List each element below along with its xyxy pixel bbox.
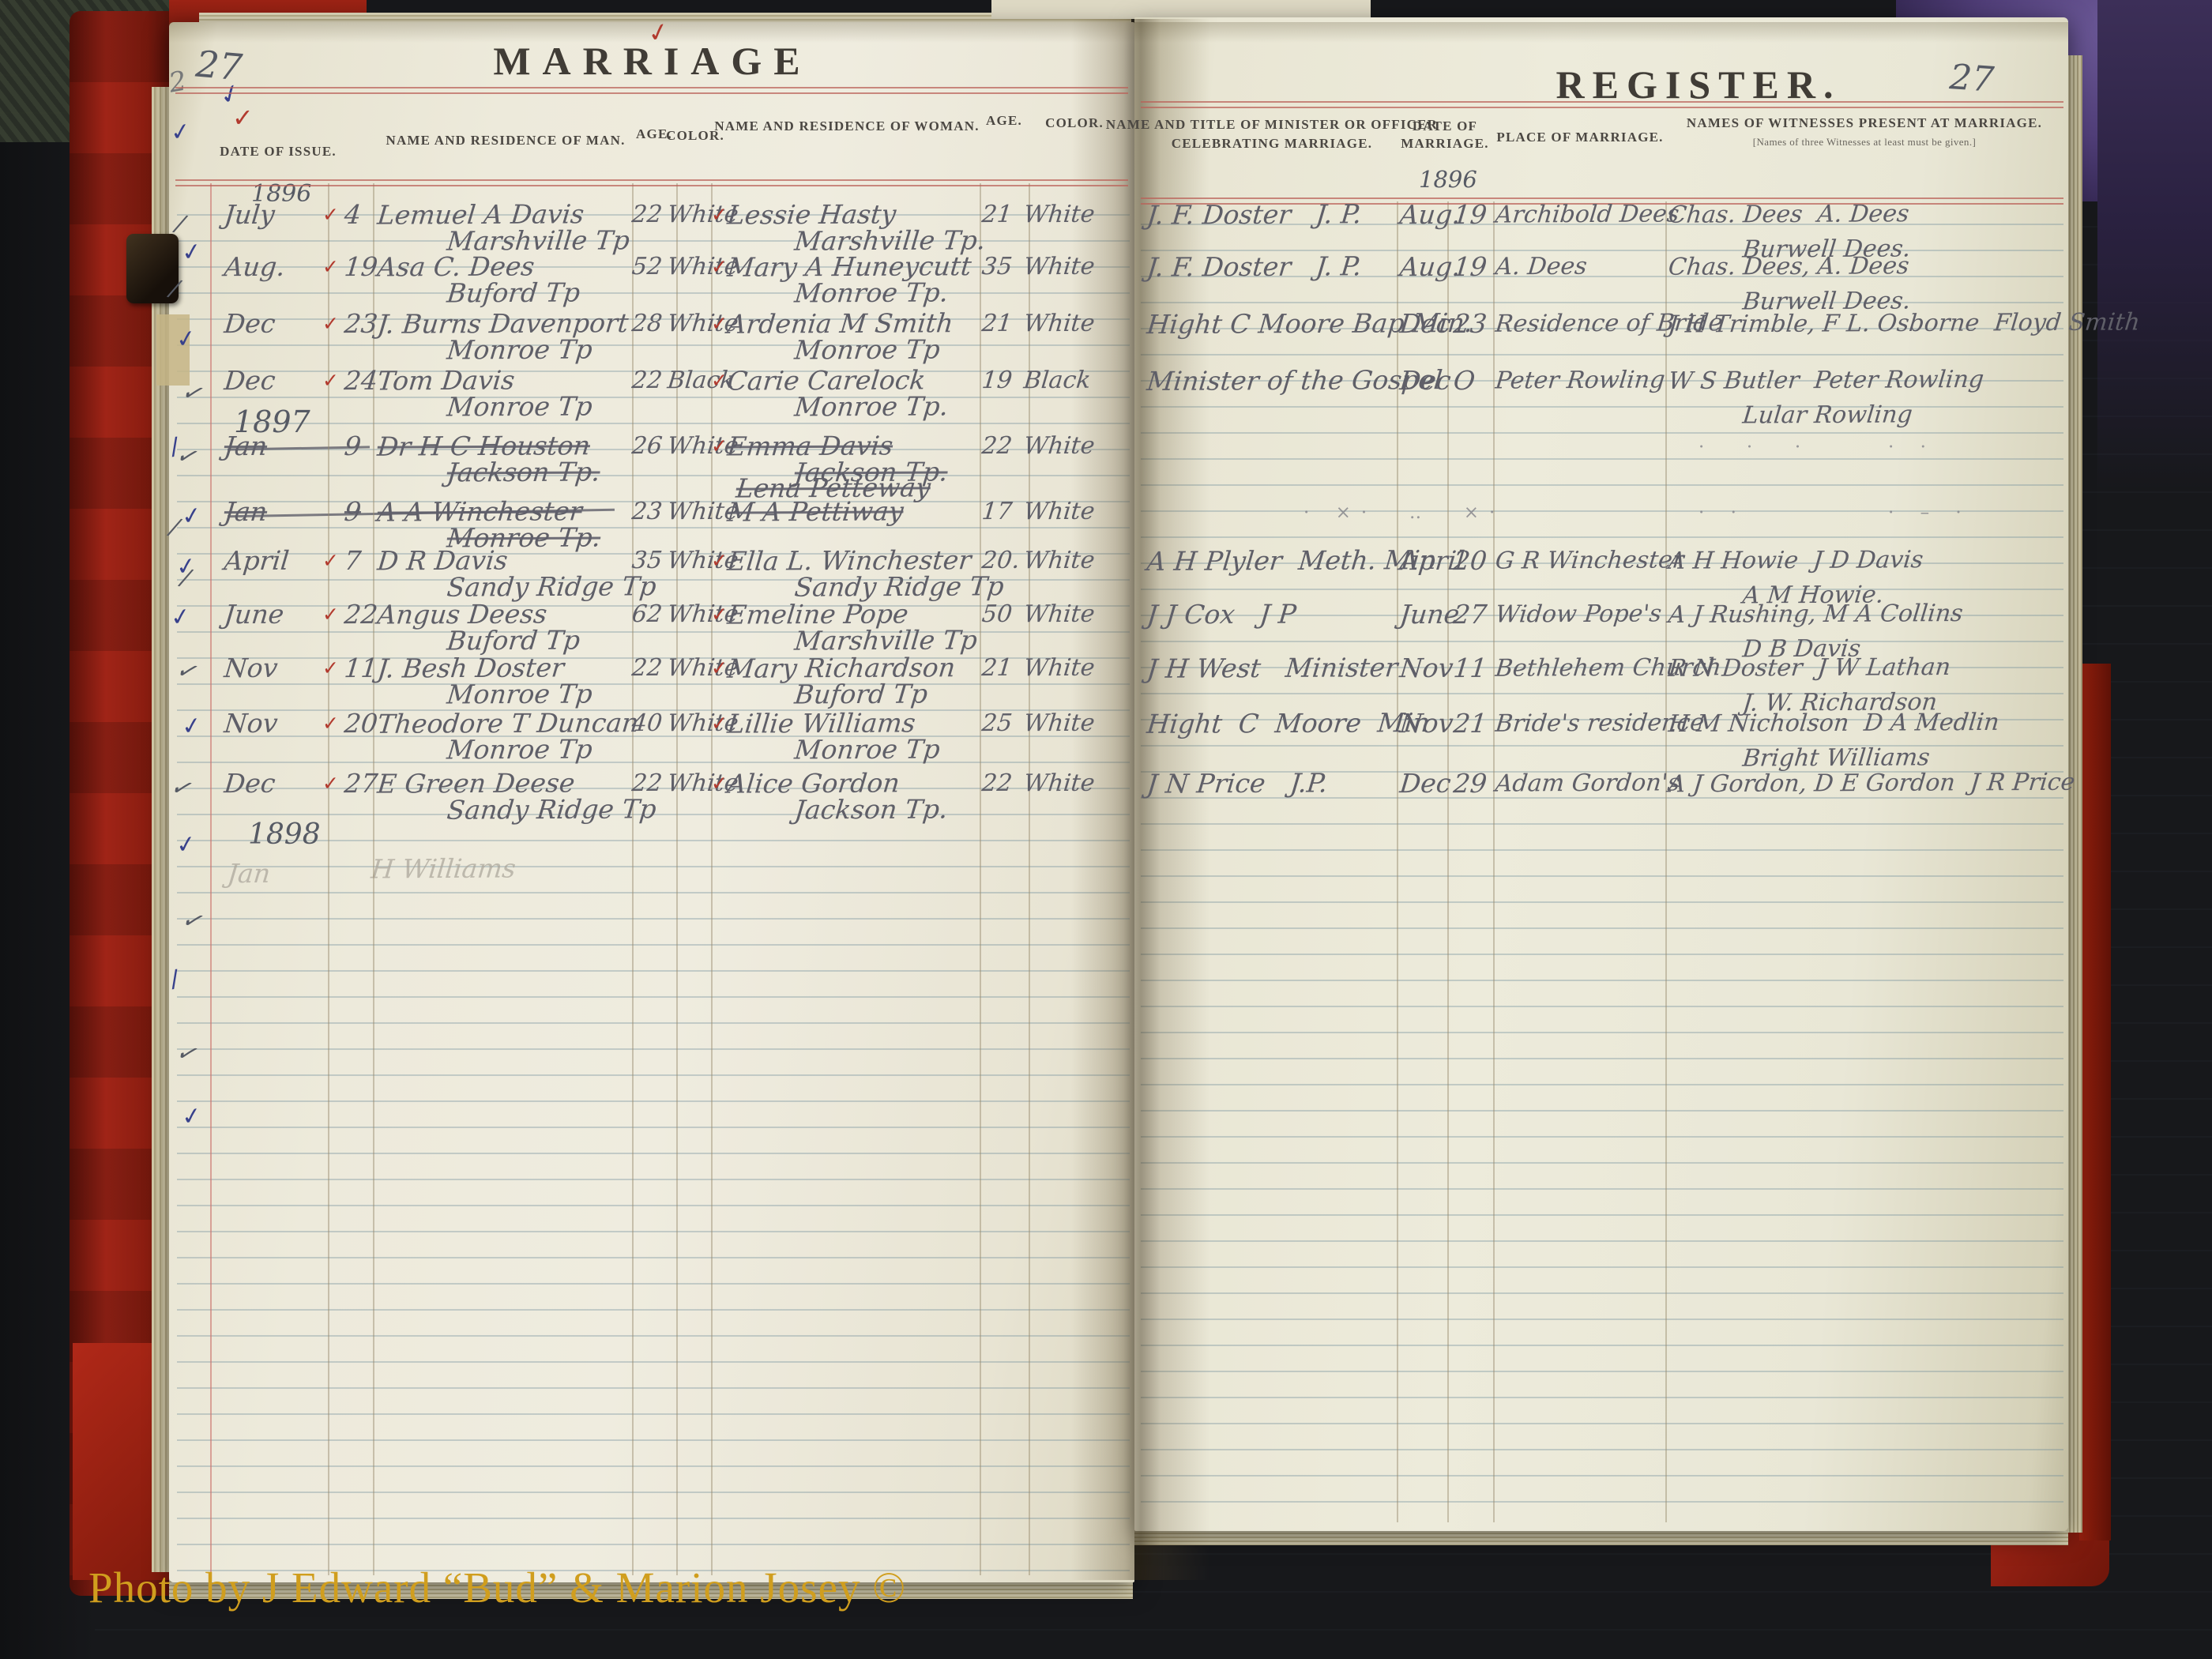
- header-place: PLACE OF MARRIAGE.: [1496, 130, 1663, 145]
- row-1-place: Archibold Dees: [1494, 200, 1680, 228]
- year-1898: 1898: [248, 818, 321, 851]
- row-4-day: 24: [343, 365, 379, 396]
- row-2-wit1: Chas. Dees, A. Dees: [1667, 252, 1910, 281]
- row-8-m-month: June: [1398, 599, 1461, 630]
- row-10-wit2: Bright Williams: [1741, 743, 1931, 772]
- row-7-man-res: Sandy Ridge Tp: [446, 570, 658, 602]
- column-rule: [1447, 201, 1449, 1522]
- header-woman-color: COLOR.: [1045, 115, 1104, 131]
- row-8-w-check: ✓: [711, 603, 728, 626]
- row-4-w-color: Black: [1022, 367, 1092, 394]
- header-date-of-issue: DATE OF ISSUE.: [220, 144, 337, 160]
- row-11-w-check: ✓: [711, 772, 728, 795]
- margin-check-mark: ✓: [169, 117, 193, 147]
- row-7-day-check: ✓: [322, 549, 339, 572]
- row-2-m-day: 19: [1452, 251, 1488, 282]
- row-9-m-month: Nov: [1398, 653, 1454, 683]
- row-4-m-month: Dec: [1398, 365, 1452, 396]
- row-11-wit1: A J Gordon, D E Gordon J R Price: [1667, 769, 2076, 799]
- row-11-minister: J N Price J.P.: [1145, 767, 1329, 799]
- row-11-day: 27: [343, 768, 379, 799]
- paper-sliver: [991, 0, 1371, 19]
- row-11-month: Dec: [223, 768, 276, 799]
- row-3-day-check: ✓: [322, 312, 339, 335]
- row-6-day: 9: [343, 496, 363, 527]
- row-7-day: 7: [343, 545, 363, 576]
- row-2-month: Aug.: [223, 251, 287, 282]
- row-10-minister: Hight C Moore Min: [1145, 707, 1431, 739]
- row-11-day-check: ✓: [322, 772, 339, 795]
- row-9-woman-res: Buford Tp: [793, 679, 929, 710]
- row-3-m-day: 23: [1452, 308, 1488, 339]
- row-2-w-color: White: [1022, 253, 1096, 280]
- row-2-minister: J. F. Doster J. P.: [1145, 250, 1363, 282]
- margin-check-mark: ✓: [175, 324, 198, 354]
- row-6-w-color: White: [1022, 498, 1096, 525]
- header-rule-red: [1141, 101, 2063, 103]
- row-1-m-day: 19: [1452, 199, 1488, 230]
- header-witnesses: NAMES OF WITNESSES PRESENT AT MARRIAGE.: [1687, 115, 2042, 131]
- row-8-m-day: 27: [1452, 599, 1488, 630]
- row-5-man-age: 26: [630, 432, 664, 460]
- row-1-month: July: [223, 199, 276, 230]
- row-5-marks2: · · ·: [1698, 437, 1811, 457]
- row-10-w-check: ✓: [711, 712, 728, 735]
- row-5-month: Jan: [223, 431, 269, 461]
- margin-check-mark: ✓: [180, 1101, 204, 1131]
- header-date-of-marriage-2: MARRIAGE.: [1401, 136, 1488, 152]
- row-3-wit1: J H Trimble, F L. Osborne Floyd Smith: [1667, 308, 2141, 338]
- row-3-woman-res: Monroe Tp: [793, 334, 942, 366]
- row-1-minister: J. F. Doster J. P.: [1145, 198, 1363, 230]
- purple-fabric-edge: [2097, 0, 2212, 490]
- row-6-marks2: · ·: [1698, 502, 1747, 523]
- row-2-w-check: ✓: [711, 255, 728, 278]
- row-2-day-check: ✓: [322, 255, 339, 278]
- row-4-wit2: Lular Rowling: [1741, 401, 1913, 429]
- row-7-place: G R Winchester: [1494, 546, 1685, 574]
- row-9-m-day: 11: [1452, 653, 1488, 683]
- row-9-w-age: 21: [980, 654, 1014, 682]
- header-minister-1: NAME AND TITLE OF MINISTER OR OFFICER: [1106, 117, 1438, 133]
- row-8-minister: J J Cox J P: [1145, 599, 1298, 630]
- row-11-m-month: Dec: [1398, 768, 1452, 799]
- header-witnesses-note: [Names of three Witnesses at least must …: [1753, 136, 1976, 149]
- margin-check-mark: ✓: [180, 711, 204, 741]
- row-5-marks3: · ·: [1888, 437, 1936, 457]
- row-11-w-age: 22: [980, 769, 1014, 797]
- row-9-minister: J H West Minister: [1145, 652, 1399, 684]
- row-5-w-age: 22: [980, 432, 1014, 460]
- row-5-w-color: White: [1022, 432, 1096, 460]
- header-man: NAME AND RESIDENCE OF MAN.: [386, 133, 625, 149]
- row-2-w-age: 35: [980, 253, 1014, 280]
- row-11-m-day: 29: [1452, 768, 1488, 799]
- row-11-place: Adam Gordon's: [1494, 769, 1681, 797]
- row-3-man-res: Monroe Tp: [446, 334, 594, 366]
- row-11-man-res: Sandy Ridge Tp: [446, 793, 658, 825]
- row-8-day: 22: [343, 599, 379, 630]
- faint-entry-name: H Williams: [370, 853, 517, 885]
- row-3-month: Dec: [223, 308, 276, 339]
- row-4-month: Dec: [223, 365, 276, 396]
- row-7-month: April: [223, 545, 291, 576]
- row-1-man-age: 22: [630, 201, 664, 228]
- row-10-wit1: H M Nicholson D A Medlin: [1667, 709, 2000, 738]
- row-3-w-age: 21: [980, 310, 1014, 337]
- row-4-w-check: ✓: [711, 369, 728, 392]
- header-minister-2: CELEBRATING MARRIAGE.: [1172, 136, 1372, 152]
- header-rule-red: [175, 179, 1128, 181]
- row-10-man-age: 40: [630, 709, 664, 737]
- row-10-day-check: ✓: [322, 712, 339, 735]
- row-9-day-check: ✓: [322, 656, 339, 679]
- column-rule: [1397, 201, 1398, 1522]
- row-9-w-color: White: [1022, 654, 1096, 682]
- row-10-m-day: 21: [1452, 708, 1488, 739]
- row-2-man-res: Buford Tp: [446, 277, 581, 309]
- row-6-marks3: · – ·: [1888, 502, 1972, 523]
- book-cover-right-edge: [2079, 664, 2111, 1540]
- row-8-day-check: ✓: [322, 603, 339, 626]
- row-11-woman-res: Jackson Tp.: [793, 793, 950, 825]
- year-1896-right: 1896: [1419, 166, 1477, 193]
- row-9-w-check: ✓: [711, 656, 728, 679]
- header-woman-age: AGE.: [986, 113, 1022, 129]
- row-2-woman-res: Monroe Tp.: [793, 276, 950, 308]
- row-7-w-age: 20.: [980, 547, 1021, 574]
- row-4-man-res: Monroe Tp: [446, 391, 594, 423]
- row-8-man-age: 62: [630, 600, 664, 628]
- row-1-w-color: White: [1022, 201, 1096, 228]
- row-5-man-res: Jackson Tp.: [446, 456, 602, 487]
- red-check-mark-left: ✓: [232, 103, 254, 133]
- row-6-w-age: 17: [980, 498, 1014, 525]
- row-6-man-age: 23: [630, 498, 664, 525]
- row-10-day: 20: [343, 708, 379, 739]
- margin-check-mark: ✓: [169, 602, 193, 632]
- margin-check-mark: ✓: [175, 829, 198, 860]
- row-4-place: Peter Rowling: [1494, 366, 1666, 394]
- row-4-w-age: 19: [980, 367, 1014, 394]
- row-10-man-res: Monroe Tp: [446, 734, 594, 766]
- row-9-man-res: Monroe Tp: [446, 679, 594, 710]
- right-page-number: 27: [1948, 57, 1995, 100]
- margin-check-mark: ✓: [180, 237, 204, 267]
- header-rule-red: [1141, 107, 2063, 108]
- row-1-w-age: 21: [980, 201, 1014, 228]
- row-5-day: 9: [343, 431, 363, 461]
- row-4-man-age: 22: [630, 367, 664, 394]
- row-4-m-day: O: [1452, 365, 1477, 396]
- column-rule: [1665, 201, 1667, 1522]
- row-5-w-check: ✓: [711, 434, 728, 457]
- header-woman: NAME AND RESIDENCE OF WOMAN.: [714, 118, 979, 134]
- row-3-day: 23: [343, 308, 379, 339]
- row-6-marks1: · ×· ‥ ×·: [1303, 502, 1505, 523]
- row-4-wit1: W S Butler Peter Rowling: [1667, 366, 1985, 395]
- row-7-man-age: 35: [630, 547, 664, 574]
- photographer-watermark: Photo by J Edward “Bud” & Marion Josey ©: [88, 1563, 906, 1612]
- row-3-w-check: ✓: [711, 312, 728, 335]
- row-9-man-age: 22: [630, 654, 664, 682]
- column-rule: [1493, 201, 1495, 1522]
- row-1-day-check: ✓: [322, 203, 339, 226]
- row-8-w-color: White: [1022, 600, 1096, 628]
- row-6-month: Jan: [223, 496, 269, 527]
- row-3-man-age: 28: [630, 310, 664, 337]
- row-10-month: Nov: [223, 708, 279, 739]
- row-1-day: 4: [343, 199, 363, 230]
- row-2-day: 19: [343, 251, 379, 282]
- row-1-wit1: Chas. Dees A. Dees: [1667, 200, 1910, 229]
- row-4-day-check: ✓: [322, 369, 339, 392]
- row-7-minister: A H Plyler Meth. Min: [1145, 544, 1438, 577]
- row-7-m-day: 20: [1452, 545, 1488, 576]
- row-10-w-age: 25: [980, 709, 1014, 737]
- row-8-place: Widow Pope's: [1494, 600, 1663, 628]
- row-11-man-age: 22: [630, 769, 664, 797]
- ruled-lines-right: [1141, 199, 2063, 1520]
- faint-entry-month: Jan: [226, 858, 272, 889]
- row-7-w-color: White: [1022, 547, 1096, 574]
- row-7-wit1: A H Howie J D Davis: [1667, 546, 1924, 575]
- row-10-w-color: White: [1022, 709, 1096, 737]
- header-rule-red: [175, 92, 1128, 94]
- row-4-woman-res: Monroe Tp.: [793, 390, 950, 422]
- row-10-m-month: Nov: [1398, 708, 1454, 739]
- row-9-month: Nov: [223, 653, 279, 683]
- margin-rule-red: [210, 183, 212, 1575]
- row-9-wit1: R N Doster J W Lathan: [1667, 653, 1952, 683]
- column-rule: [328, 183, 329, 1575]
- row-8-month: June: [223, 599, 285, 630]
- row-2-man-age: 52: [630, 253, 664, 280]
- header-rule-red: [175, 185, 1128, 186]
- margin-check-mark: ✓: [180, 501, 204, 531]
- row-8-w-age: 50: [980, 600, 1014, 628]
- row-2-place: A. Dees: [1494, 253, 1588, 281]
- row-8-wit1: A J Rushing, M A Collins: [1667, 600, 1964, 629]
- row-1-w-check: ✓: [711, 203, 728, 226]
- header-date-of-marriage-1: DATE OF: [1413, 118, 1477, 134]
- header-rule-red: [175, 87, 1128, 88]
- row-7-w-check: ✓: [711, 549, 728, 572]
- row-3-w-color: White: [1022, 310, 1096, 337]
- photo-scene: MARRIAGE REGISTER. 2 27 ✓ ✓ ✓ 27 DATE OF…: [0, 0, 2212, 1659]
- row-9-day: 11: [343, 653, 379, 683]
- row-6-woman-pre: Lena Petteway: [735, 472, 932, 503]
- row-11-w-color: White: [1022, 769, 1096, 797]
- row-3-m-month: Dec: [1398, 308, 1452, 339]
- ruled-lines-left: [177, 190, 1130, 1574]
- row-10-woman-res: Monroe Tp: [793, 734, 942, 766]
